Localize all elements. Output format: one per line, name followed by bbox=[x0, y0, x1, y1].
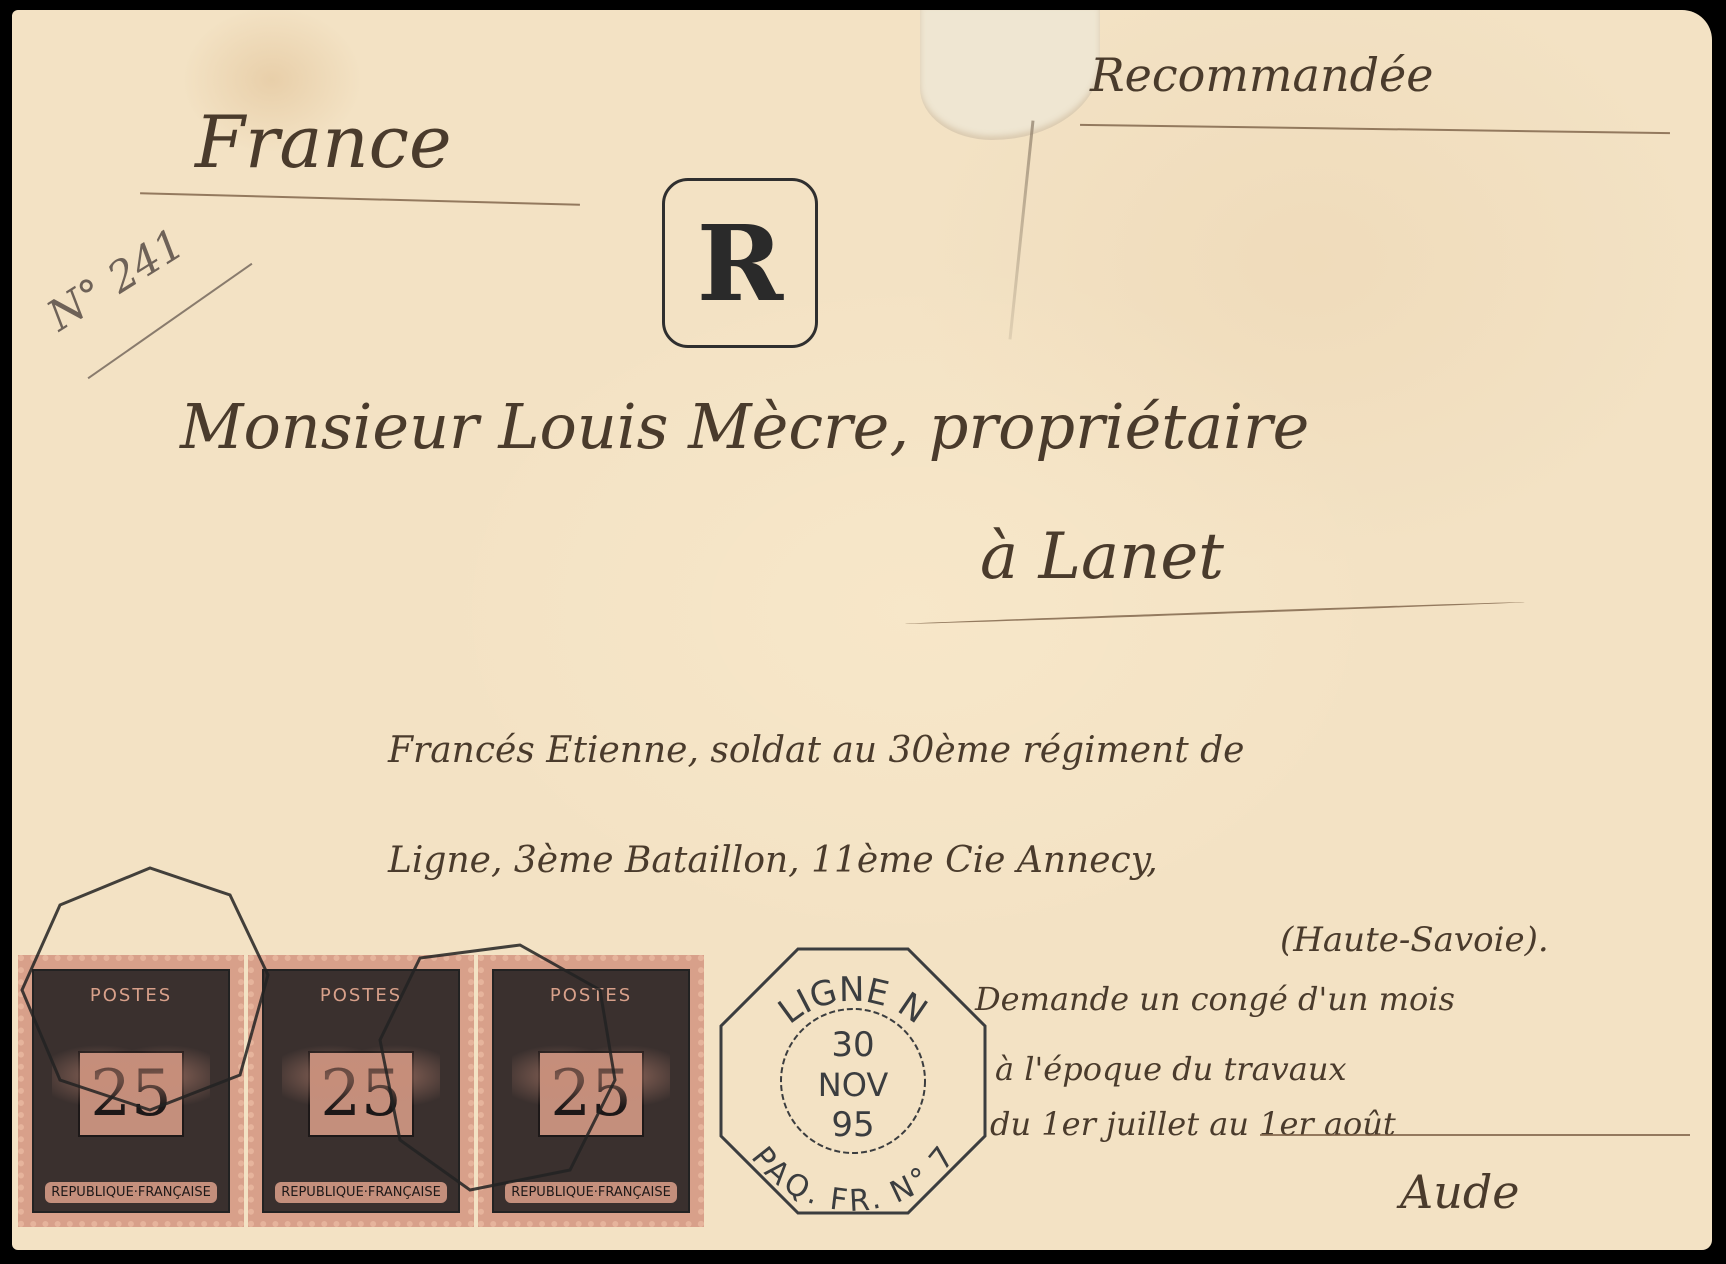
postmark: LIGNE N PAQ. FR. N° 7 30 NOV 95 bbox=[718, 946, 988, 1216]
postmark-year: 95 bbox=[831, 1105, 874, 1145]
postmark-top: LIGNE N bbox=[771, 970, 934, 1032]
postmark-bottom: PAQ. FR. N° 7 bbox=[744, 1140, 962, 1216]
postmark-day: 30 bbox=[831, 1025, 874, 1065]
postmark-month: NOV bbox=[818, 1066, 889, 1104]
